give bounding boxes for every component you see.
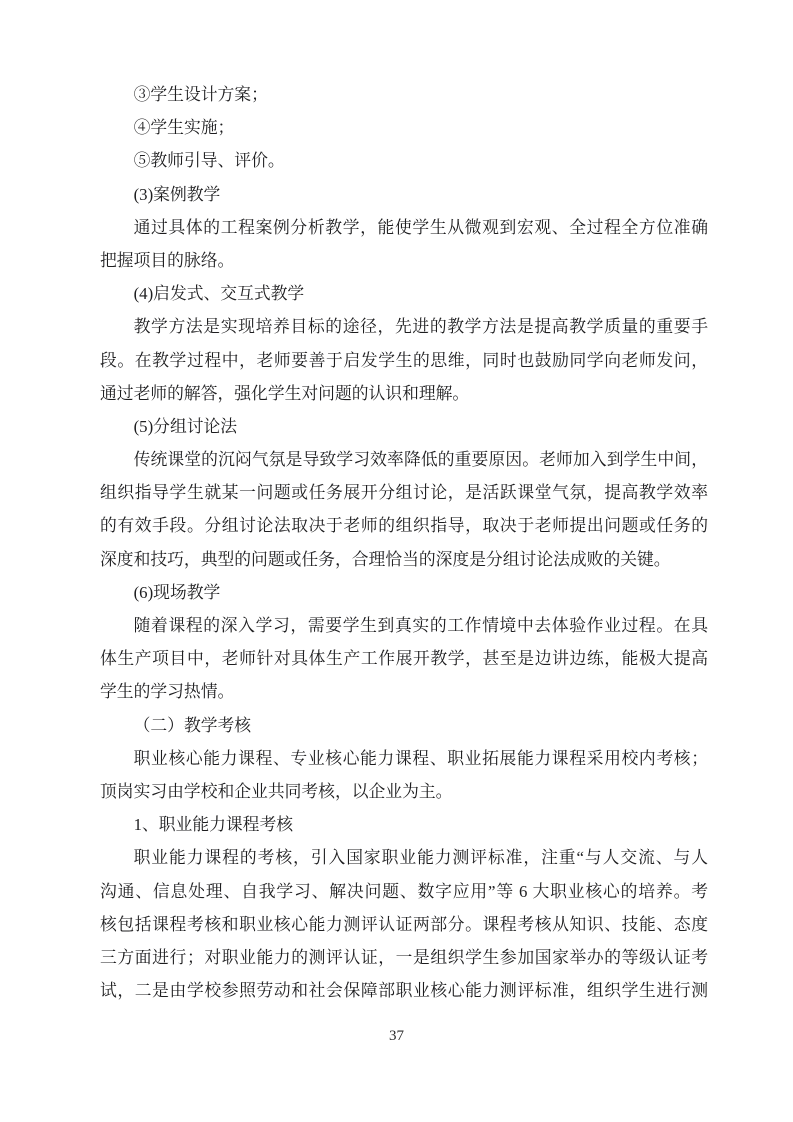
text-line: (5)分组讨论法	[100, 410, 708, 443]
text-line: （二）教学考核	[100, 709, 708, 742]
text-line: 学生的学习热情。	[100, 675, 708, 708]
text-line: 试，二是由学校参照劳动和社会保障部职业核心能力测评标准，组织学生进行测	[100, 974, 708, 1007]
text-line: 职业能力课程的考核，引入国家职业能力测评标准，注重“与人交流、与人	[100, 841, 708, 874]
text-line: 段。在教学过程中，老师要善于启发学生的思维，同时也鼓励同学向老师发问，	[100, 344, 708, 377]
text-line: (6)现场教学	[100, 576, 708, 609]
text-line: 通过老师的解答，强化学生对问题的认识和理解。	[100, 377, 708, 410]
text-line: 组织指导学生就某一问题或任务展开分组讨论，是活跃课堂气氛，提高教学效率	[100, 476, 708, 509]
text-line: (4)启发式、交互式教学	[100, 277, 708, 310]
text-line: 随着课程的深入学习，需要学生到真实的工作情境中去体验作业过程。在具	[100, 609, 708, 642]
text-line: 深度和技巧，典型的问题或任务，合理恰当的深度是分组讨论法成败的关键。	[100, 543, 708, 576]
text-line: 沟通、信息处理、自我学习、解决问题、数字应用”等 6 大职业核心的培养。考	[100, 875, 708, 908]
text-line: 三方面进行；对职业能力的测评认证，一是组织学生参加国家举办的等级认证考	[100, 941, 708, 974]
text-line: (3)案例教学	[100, 178, 708, 211]
text-line: ③学生设计方案；	[100, 78, 708, 111]
text-line: 顶岗实习由学校和企业共同考核，以企业为主。	[100, 775, 708, 808]
text-line: ⑤教师引导、评价。	[100, 144, 708, 177]
page-number: 37	[0, 1026, 793, 1046]
text-line: 通过具体的工程案例分析教学，能使学生从微观到宏观、全过程全方位准确	[100, 211, 708, 244]
document-body: ③学生设计方案；④学生实施；⑤教师引导、评价。(3)案例教学通过具体的工程案例分…	[100, 78, 708, 1007]
text-line: 体生产项目中，老师针对具体生产工作展开教学，甚至是边讲边练，能极大提高	[100, 642, 708, 675]
text-line: 核包括课程考核和职业核心能力测评认证两部分。课程考核从知识、技能、态度	[100, 908, 708, 941]
text-line: 的有效手段。分组讨论法取决于老师的组织指导，取决于老师提出问题或任务的	[100, 509, 708, 542]
text-line: 传统课堂的沉闷气氛是导致学习效率降低的重要原因。老师加入到学生中间，	[100, 443, 708, 476]
text-line: ④学生实施；	[100, 111, 708, 144]
text-line: 1、职业能力课程考核	[100, 808, 708, 841]
text-line: 职业核心能力课程、专业核心能力课程、职业拓展能力课程采用校内考核；	[100, 742, 708, 775]
text-line: 教学方法是实现培养目标的途径，先进的教学方法是提高教学质量的重要手	[100, 310, 708, 343]
text-line: 把握项目的脉络。	[100, 244, 708, 277]
document-page: ③学生设计方案；④学生实施；⑤教师引导、评价。(3)案例教学通过具体的工程案例分…	[0, 0, 793, 1122]
